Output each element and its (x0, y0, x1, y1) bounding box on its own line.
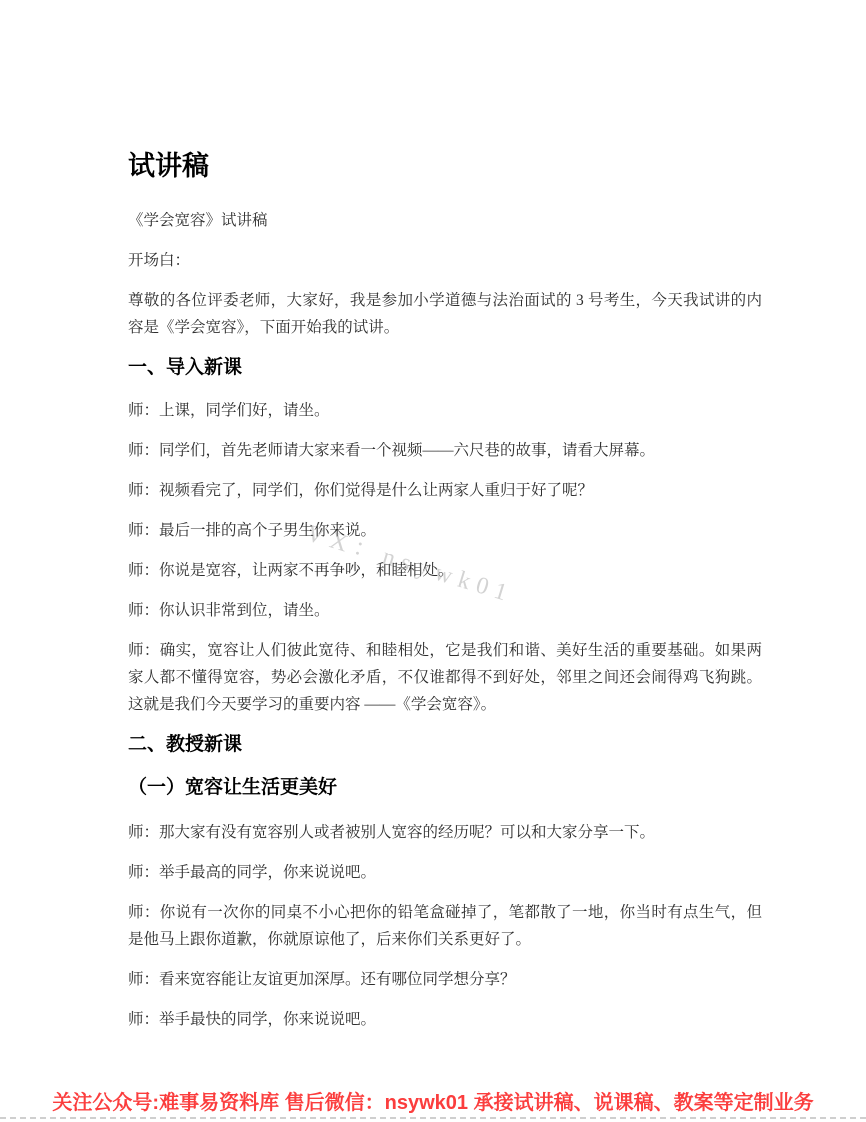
opening-label: 开场白： (128, 247, 762, 274)
document-title: 试讲稿 (128, 148, 762, 184)
document-page: 试讲稿 《学会宽容》试讲稿 开场白： 尊敬的各位评委老师，大家好，我是参加小学道… (0, 0, 866, 1122)
teacher-line: 师：那大家有没有宽容别人或者被别人宽容的经历呢？可以和大家分享一下。 (128, 819, 762, 846)
teacher-line: 师：举手最快的同学，你来说说吧。 (128, 1006, 762, 1033)
bottom-dashed-divider (0, 1117, 866, 1119)
section-2-heading: 二、教授新课 (128, 731, 762, 758)
document-subtitle: 《学会宽容》试讲稿 (128, 207, 762, 234)
teacher-line: 师：你说是宽容，让两家不再争吵，和睦相处。 (128, 557, 762, 584)
teacher-line: 师：上课，同学们好，请坐。 (128, 397, 762, 424)
subsection-1-heading: （一）宽容让生活更美好 (128, 774, 762, 801)
teacher-line: 师：你认识非常到位，请坐。 (128, 597, 762, 624)
teacher-line: 师：看来宽容能让友谊更加深厚。还有哪位同学想分享？ (128, 966, 762, 993)
teacher-line: 师：同学们，首先老师请大家来看一个视频——六尺巷的故事，请看大屏幕。 (128, 437, 762, 464)
teacher-line: 师：确实，宽容让人们彼此宽待、和睦相处，它是我们和谐、美好生活的重要基础。如果两… (128, 637, 762, 718)
footer-promo-banner: 关注公众号:难事易资料库 售后微信：nsywk01 承接试讲稿、说课稿、教案等定… (0, 1090, 866, 1116)
teacher-line: 师：你说有一次你的同桌不小心把你的铅笔盒碰掉了，笔都散了一地，你当时有点生气，但… (128, 899, 762, 953)
opening-paragraph: 尊敬的各位评委老师，大家好，我是参加小学道德与法治面试的 3 号考生，今天我试讲… (128, 287, 762, 341)
document-content: 试讲稿 《学会宽容》试讲稿 开场白： 尊敬的各位评委老师，大家好，我是参加小学道… (128, 148, 762, 1046)
teacher-line: 师：最后一排的高个子男生你来说。 (128, 517, 762, 544)
teacher-line: 师：举手最高的同学，你来说说吧。 (128, 859, 762, 886)
section-1-heading: 一、导入新课 (128, 354, 762, 381)
teacher-line: 师：视频看完了，同学们，你们觉得是什么让两家人重归于好了呢？ (128, 477, 762, 504)
